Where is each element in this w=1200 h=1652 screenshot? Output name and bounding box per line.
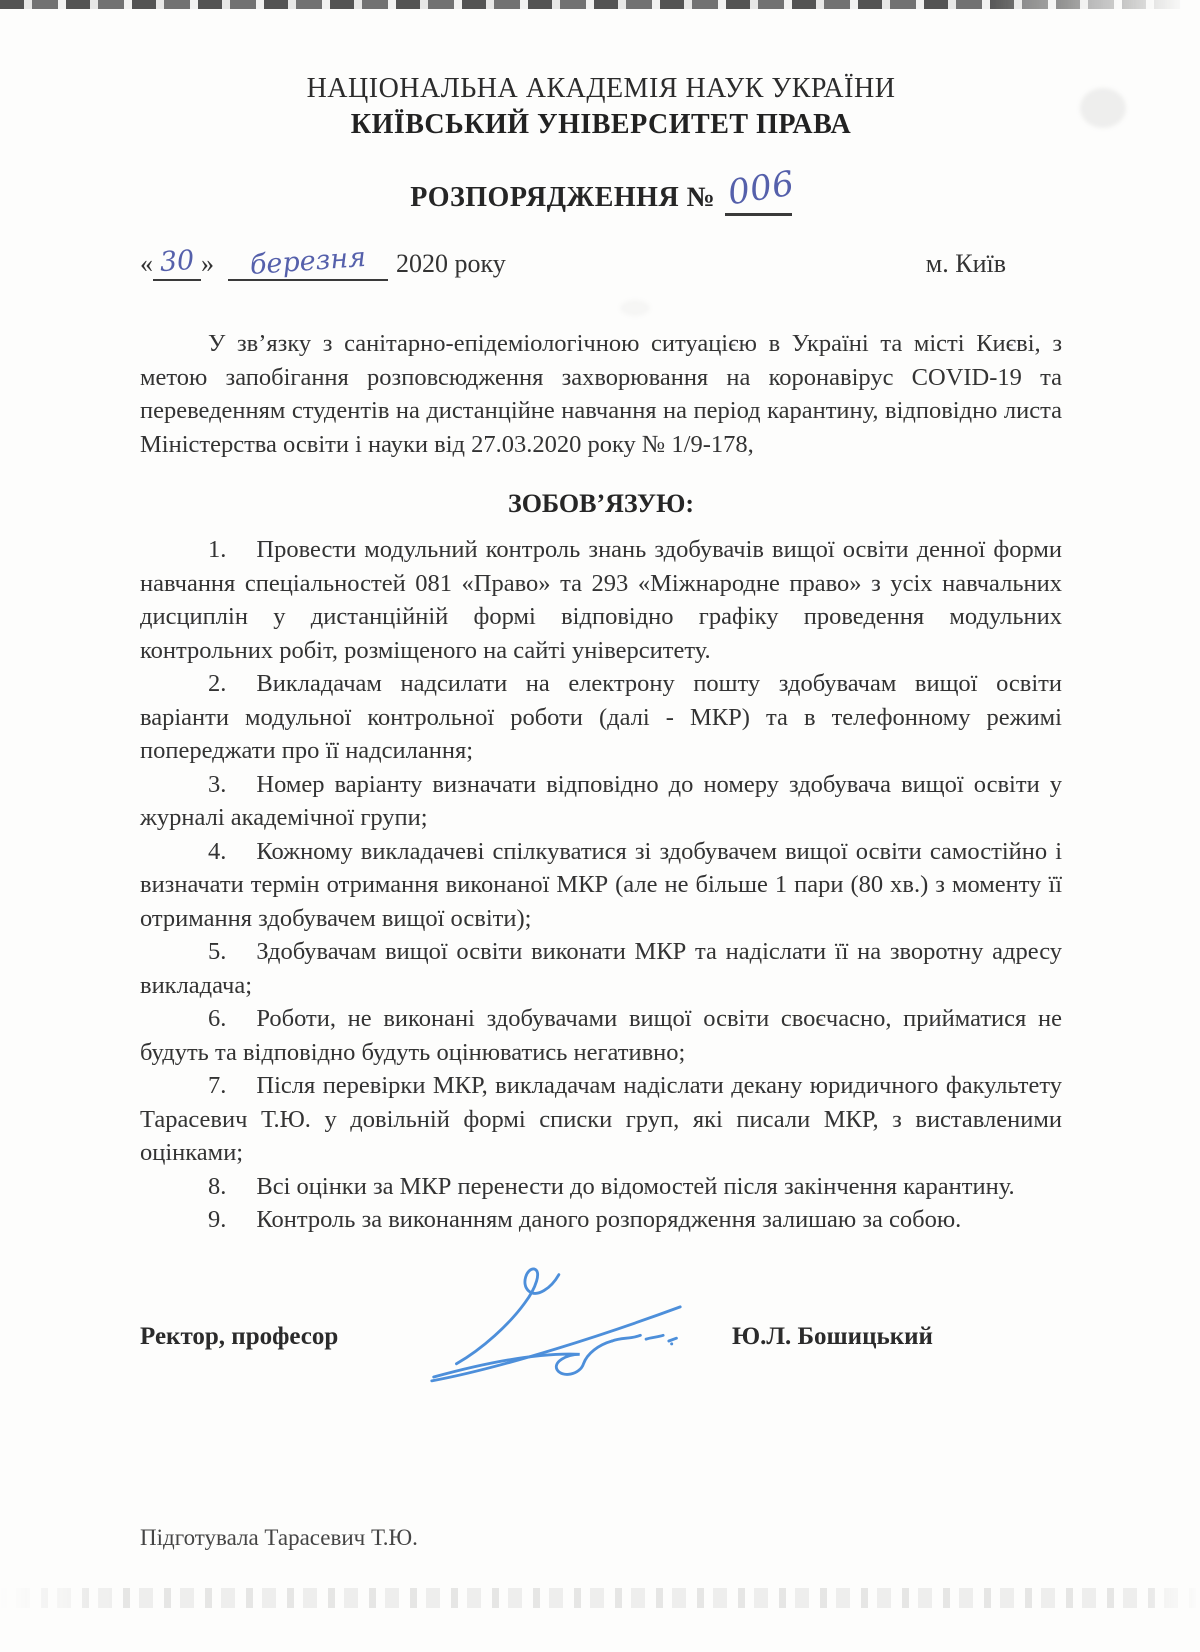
item-number: 1.: [208, 536, 256, 563]
signature-ink: [428, 1261, 684, 1385]
order-items-list: 1.Провести модульний контроль знань здоб…: [140, 533, 1062, 1237]
order-title-label: РОЗПОРЯДЖЕННЯ №: [410, 182, 715, 213]
resolve-heading: ЗОБОВ’ЯЗУЮ:: [140, 487, 1062, 521]
order-item-5: 5.Здобувачам вищої освіти виконати МКР т…: [140, 935, 1062, 1002]
item-text: Кожному викладачеві спілкуватися зі здоб…: [140, 838, 1062, 932]
date-month-handwritten: березня: [249, 242, 367, 281]
order-item-6: 6.Роботи, не виконані здобувачами вищої …: [140, 1002, 1062, 1069]
item-number: 5.: [208, 938, 256, 965]
date-left: «30»березня2020 року: [140, 248, 506, 281]
item-number: 6.: [208, 1005, 256, 1032]
signature-block: Ректор, професор Ю.Л. Бошицький: [140, 1265, 1062, 1410]
date-month-underline: березня: [228, 248, 388, 281]
order-number-underline: 006: [725, 180, 791, 216]
item-number: 4.: [208, 838, 256, 865]
order-number-handwritten: 006: [726, 168, 796, 208]
item-text: Всі оцінки за МКР перенести до відомосте…: [256, 1173, 1014, 1200]
organization-name-line1: НАЦІОНАЛЬНА АКАДЕМІЯ НАУК УКРАЇНИ: [140, 72, 1062, 106]
date-day-underline: 30: [153, 248, 201, 281]
document-place: м. Київ: [926, 249, 1062, 279]
scan-artifact-top-band: [0, 0, 1200, 9]
scan-smudge: [1080, 88, 1126, 128]
order-item-4: 4.Кожному викладачеві спілкуватися зі зд…: [140, 835, 1062, 936]
item-number: 2.: [208, 670, 256, 697]
order-item-2: 2.Викладачам надсилати на електрону пошт…: [140, 667, 1062, 768]
item-number: 9.: [208, 1206, 256, 1233]
prepared-by-note: Підготувала Тарасевич Т.Ю.: [140, 1525, 418, 1551]
scan-smudge: [620, 300, 650, 316]
signer-title: Ректор, професор: [140, 1323, 338, 1351]
order-item-7: 7.Після перевірки МКР, викладачам надісл…: [140, 1069, 1062, 1170]
item-text: Провести модульний контроль знань здобув…: [140, 536, 1062, 664]
item-text: Контроль за виконанням даного розпорядже…: [256, 1206, 961, 1233]
date-close-quote: »: [201, 249, 214, 278]
document-content: НАЦІОНАЛЬНА АКАДЕМІЯ НАУК УКРАЇНИ КИЇВСЬ…: [0, 72, 1200, 1410]
date-day-handwritten: 30: [159, 245, 195, 278]
date-row: «30»березня2020 року м. Київ: [140, 248, 1062, 281]
item-text: Викладачам надсилати на електрону пошту …: [140, 670, 1062, 764]
scanned-document-page: НАЦІОНАЛЬНА АКАДЕМІЯ НАУК УКРАЇНИ КИЇВСЬ…: [0, 0, 1200, 1652]
item-text: Здобувачам вищої освіти виконати МКР та …: [140, 938, 1062, 999]
organization-name-line2: КИЇВСЬКИЙ УНІВЕРСИТЕТ ПРАВА: [140, 108, 1062, 142]
item-text: Після перевірки МКР, викладачам надіслат…: [140, 1072, 1062, 1166]
intro-paragraph: У зв’язку з санітарно-епідеміологічною с…: [140, 327, 1062, 461]
date-year-text: 2020 року: [396, 249, 506, 278]
item-text: Номер варіанту визначати відповідно до н…: [140, 771, 1062, 832]
scan-artifact-bottom-band: [0, 1588, 1200, 1608]
signer-name: Ю.Л. Бошицький: [732, 1323, 933, 1351]
order-item-3: 3.Номер варіанту визначати відповідно до…: [140, 768, 1062, 835]
item-text: Роботи, не виконані здобувачами вищої ос…: [140, 1005, 1062, 1066]
date-open-quote: «: [140, 249, 153, 278]
item-number: 7.: [208, 1072, 256, 1099]
item-number: 8.: [208, 1173, 256, 1200]
order-item-9: 9.Контроль за виконанням даного розпоряд…: [140, 1203, 1062, 1237]
order-item-1: 1.Провести модульний контроль знань здоб…: [140, 533, 1062, 667]
order-title: РОЗПОРЯДЖЕННЯ №006: [140, 178, 1062, 218]
item-number: 3.: [208, 771, 256, 798]
order-item-8: 8.Всі оцінки за МКР перенести до відомос…: [140, 1170, 1062, 1204]
